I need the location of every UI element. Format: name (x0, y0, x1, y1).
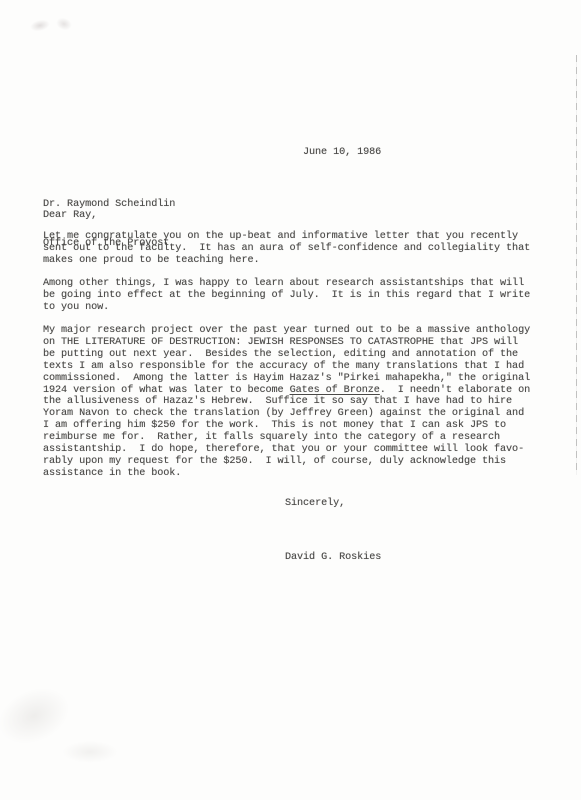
paragraph-2: Among other things, I was happy to learn… (43, 278, 530, 314)
signature-name: David G. Roskies (285, 552, 381, 564)
scan-smudge (29, 18, 51, 33)
salutation: Dear Ray, (43, 210, 97, 222)
scan-smudge (54, 16, 73, 33)
letter-page: June 10, 1986 Dr. Raymond Scheindlin Off… (0, 0, 581, 800)
page-edge-line (576, 55, 577, 475)
letter-date: June 10, 1986 (303, 147, 381, 159)
paragraph-3: My major research project over the past … (43, 325, 530, 480)
scan-smudge (0, 674, 82, 758)
scan-smudge (60, 740, 120, 764)
closing: Sincerely, (285, 498, 345, 510)
paragraph-1: Let me congratulate you on the up-beat a… (43, 231, 530, 267)
